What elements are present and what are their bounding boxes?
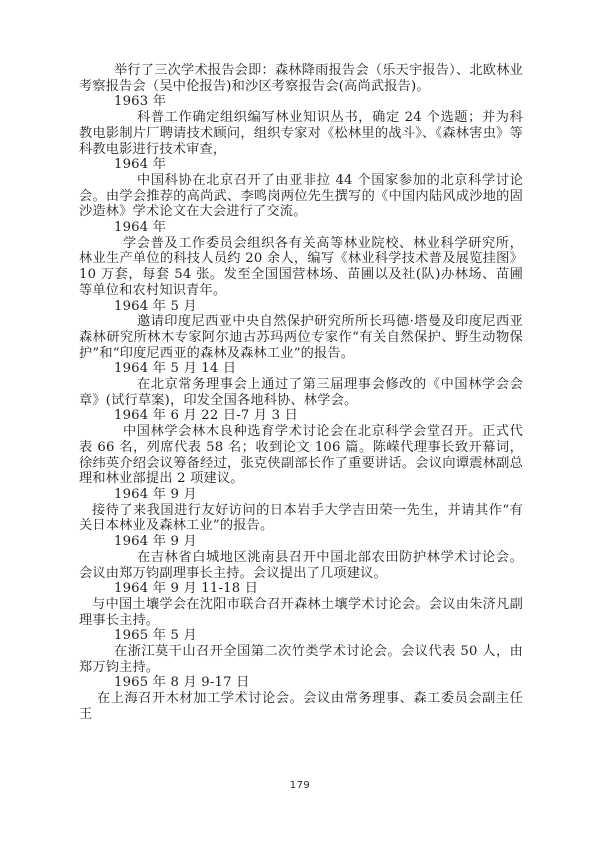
entry-date-heading: 1964 年 9 月 <box>79 487 523 503</box>
entry-body-paragraph: 中国科协在北京召开了由亚非拉 44 个国家参加的北京科学讨论会。由学会推荐的高尚… <box>79 173 523 220</box>
entry-body-paragraph: 学会普及工作委员会组织各有关高等林业院校、林业科学研究所，林业生产单位的科技人员… <box>79 236 523 299</box>
entry-date-heading: 1964 年 9 月 <box>79 534 523 550</box>
entry-date-heading: 1965 年 8 月 9-17 日 <box>79 675 523 691</box>
entry-date-heading: 1963 年 <box>79 94 523 110</box>
entry-date-heading: 1965 年 5 月 <box>79 628 523 644</box>
entry-body-paragraph: 在浙江莫干山召开全国第二次竹类学术讨论会。会议代表 50 人，由郑万钧主持。 <box>79 644 523 675</box>
entry-body-paragraph: 举行了三次学术报告会即：森林降雨报告会（乐天宇报告）、北欧林业考察报告会（吴中伦… <box>79 63 523 94</box>
entry-date-heading: 1964 年 5 月 <box>79 299 523 315</box>
entry-body-paragraph: 在北京常务理事会上通过了第三届理事会修改的《中国林学会会章》(试行草案)，印发全… <box>79 377 523 408</box>
document-page: 举行了三次学术报告会即：森林降雨报告会（乐天宇报告）、北欧林业考察报告会（吴中伦… <box>0 0 600 848</box>
entry-body-paragraph: 接待了来我国进行友好访问的日本岩手大学吉田荣一先生，并请其作“有关日本林业及森林… <box>79 503 523 534</box>
entry-date-heading: 1964 年 <box>79 157 523 173</box>
entry-date-heading: 1964 年 <box>79 220 523 236</box>
entry-body-paragraph: 中国林学会林木良种选育学术讨论会在北京科学会堂召开。正式代表 66 名，列席代表… <box>79 424 523 487</box>
page-number: 179 <box>0 780 600 791</box>
entry-body-paragraph: 与中国土壤学会在沈阳市联合召开森林土壤学术讨论会。会议由朱济凡副理事长主持。 <box>79 597 523 628</box>
entry-body-paragraph: 科普工作确定组织编写林业知识丛书，确定 24 个选题；并为科教电影制片厂聘请技术… <box>79 110 523 157</box>
entry-date-heading: 1964 年 6 月 22 日-7 月 3 日 <box>79 408 523 424</box>
entry-date-heading: 1964 年 9 月 11-18 日 <box>79 581 523 597</box>
entry-body-paragraph: 在上海召开木材加工学术讨论会。会议由常务理事、森工委员会副主任王 <box>79 691 523 722</box>
entry-date-heading: 1964 年 5 月 14 日 <box>79 361 523 377</box>
entry-body-paragraph: 邀请印度尼西亚中央自然保护研究所所长玛德·塔曼及印度尼西亚森林研究所林木专家阿尔… <box>79 314 523 361</box>
page-content: 举行了三次学术报告会即：森林降雨报告会（乐天宇报告）、北欧林业考察报告会（吴中伦… <box>79 63 523 723</box>
entry-body-paragraph: 在吉林省白城地区洮南县召开中国北部农田防护林学术讨论会。会议由郑万钧副理事长主持… <box>79 550 523 581</box>
